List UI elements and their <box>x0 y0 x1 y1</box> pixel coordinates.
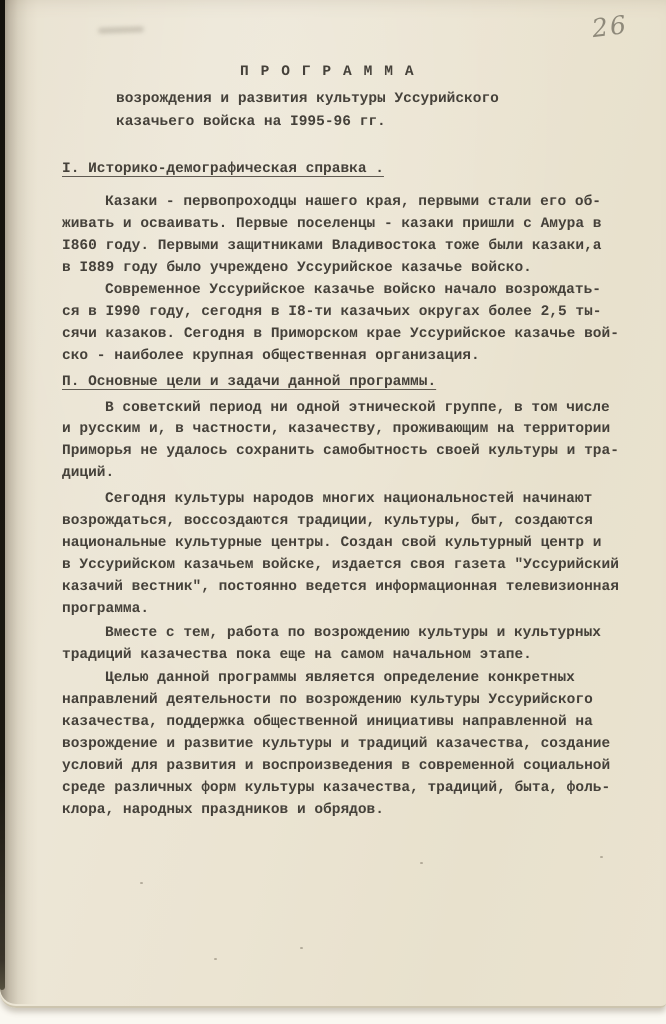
section-1-paragraph-2: Современное Уссурийское казачье войско н… <box>62 280 646 368</box>
section-1-heading: I. Историко-демографическая справка . <box>62 159 646 181</box>
paper-speck <box>140 882 143 884</box>
document-subtitle-line1: возрождения и развития культуры Уссурийс… <box>116 88 646 111</box>
section-2-heading: П. Основные цели и задачи данной програм… <box>62 372 646 394</box>
document-body: П Р О Г Р А М М А возрождения и развития… <box>0 62 666 822</box>
paper-smudge <box>98 26 144 34</box>
document-title: П Р О Г Р А М М А <box>240 62 646 84</box>
paper-speck <box>300 947 303 949</box>
section-2-paragraph-3: Вместе с тем, работа по возрождению куль… <box>62 623 646 667</box>
document-subtitle-line2: казачьего войска на I995-96 гг. <box>116 111 646 134</box>
section-2-paragraph-1: В советский период ни одной этнической г… <box>62 398 646 486</box>
scanned-document: 26 П Р О Г Р А М М А возрождения и разви… <box>0 0 666 1024</box>
section-2-paragraph-4: Целью данной программы является определе… <box>62 668 646 821</box>
paper-speck <box>420 862 423 864</box>
paper-speck <box>600 856 603 858</box>
section-2-paragraph-2: Сегодня культуры народов многих национал… <box>62 489 646 620</box>
handwritten-page-number: 26 <box>590 10 629 43</box>
paper-speck <box>214 958 217 960</box>
section-1-paragraph-1: Казаки - первопроходцы нашего края, перв… <box>62 192 646 280</box>
paper-page: 26 П Р О Г Р А М М А возрождения и разви… <box>0 0 666 1008</box>
